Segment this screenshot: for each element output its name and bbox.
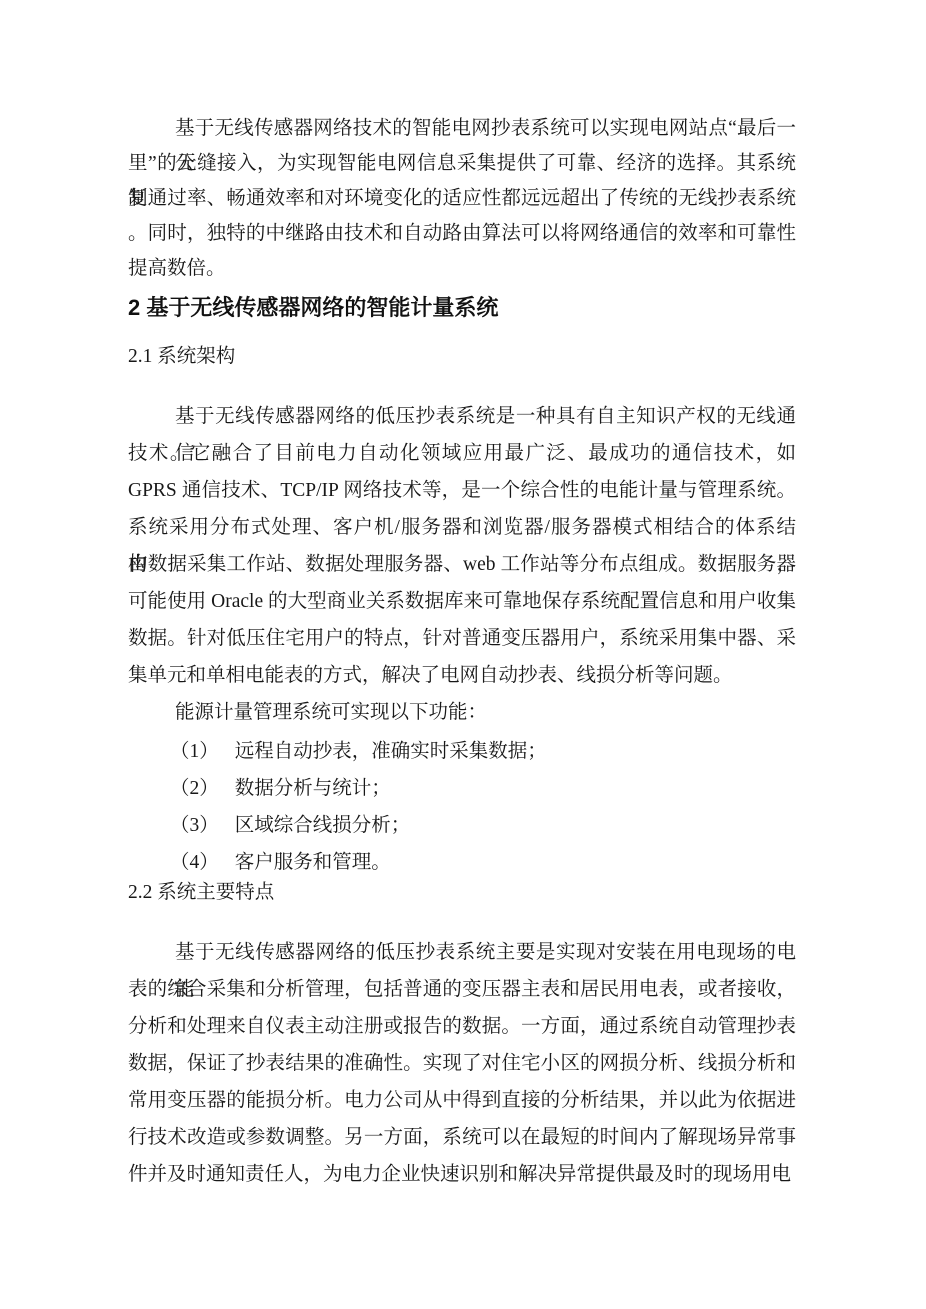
architecture-paragraph: 基于无线传感器网络的低压抄表系统是一种具有自主知识产权的无线通信技术。它融合了目… (128, 398, 796, 694)
text-line: 基于无线传感器网络的低压抄表系统主要是实现对安装在用电现场的电能 (128, 934, 796, 971)
list-marker: （1） (170, 741, 219, 762)
text-line: 。同时，独特的中继路由技术和自动路由算法可以将网络通信的效率和可靠性 (128, 216, 796, 251)
text-line: 基于无线传感器网络的低压抄表系统是一种具有自主知识产权的无线通信 (128, 398, 796, 435)
text-line: GPRS 通信技术、TCP/IP 网络技术等，是一个综合性的电能计量与管理系统。 (128, 472, 796, 509)
list-marker: （2） (170, 778, 219, 799)
text-line: 能源计量管理系统可实现以下功能： (128, 694, 796, 731)
list-item-text: 数据分析与统计； (235, 778, 391, 799)
list-item: （1）远程自动抄表，准确实时采集数据； (128, 733, 796, 770)
list-item-text: 远程自动抄表，准确实时采集数据； (235, 741, 547, 762)
heading-text: 2.1 系统架构 (128, 338, 796, 375)
text-line: 集单元和单相电能表的方式，解决了电网自动抄表、线损分析等问题。 (128, 657, 796, 694)
list-item: （2）数据分析与统计； (128, 770, 796, 807)
list-item: （3）区域综合线损分析； (128, 807, 796, 844)
text-line: 技术。它融合了目前电力自动化领域应用最广泛、最成功的通信技术，如 (128, 435, 796, 472)
text-line: 件并及时通知责任人，为电力企业快速识别和解决异常提供最及时的现场用电 (128, 1156, 796, 1193)
features-paragraph: 基于无线传感器网络的低压抄表系统主要是实现对安装在用电现场的电能表的综合采集和分… (128, 934, 796, 1193)
heading-text: 2.2 系统主要特点 (128, 874, 796, 911)
text-line: 基于无线传感器网络技术的智能电网抄表系统可以实现电网站点“最后一公 (128, 111, 796, 146)
text-line: 数据。针对低压住宅用户的特点，针对普通变压器用户，系统采用集中器、采 (128, 620, 796, 657)
text-line: 可能使用 Oracle 的大型商业关系数据库来可靠地保存系统配置信息和用户收集 (128, 583, 796, 620)
section-heading: 2 基于无线传感器网络的智能计量系统 (128, 289, 796, 326)
text-line: 里”的无缝接入，为实现智能电网信息采集提供了可靠、经济的选择。其系统复 (128, 146, 796, 181)
document-content: 基于无线传感器网络技术的智能电网抄表系统可以实现电网站点“最后一公里”的无缝接入… (128, 0, 796, 1193)
document-page: 基于无线传感器网络技术的智能电网抄表系统可以实现电网站点“最后一公里”的无缝接入… (0, 0, 926, 1309)
functions-list: （1）远程自动抄表，准确实时采集数据；（2）数据分析与统计；（3）区域综合线损分… (128, 733, 796, 881)
functions-intro: 能源计量管理系统可实现以下功能： (128, 694, 796, 731)
text-line: 常用变压器的能损分析。电力公司从中得到直接的分析结果，并以此为依据进 (128, 1082, 796, 1119)
text-line: 数据，保证了抄表结果的准确性。实现了对住宅小区的网损分析、线损分析和 (128, 1045, 796, 1082)
heading-text: 2 基于无线传感器网络的智能计量系统 (128, 289, 796, 326)
text-line: 行技术改造或参数调整。另一方面，系统可以在最短的时间内了解现场异常事 (128, 1119, 796, 1156)
text-line: 由数据采集工作站、数据处理服务器、web 工作站等分布点组成。数据服务器 (128, 546, 796, 583)
text-line: 分析和处理来自仪表主动注册或报告的数据。一方面，通过系统自动管理抄表 (128, 1008, 796, 1045)
text-line: 系统采用分布式处理、客户机/服务器和浏览器/服务器模式相结合的体系结构， (128, 509, 796, 546)
subsection-heading-features: 2.2 系统主要特点 (128, 874, 796, 911)
list-item-text: 客户服务和管理。 (235, 852, 391, 873)
list-marker: （4） (170, 852, 219, 873)
list-item-text: 区域综合线损分析； (235, 815, 411, 836)
subsection-heading-architecture: 2.1 系统架构 (128, 338, 796, 375)
text-line: 表的综合采集和分析管理，包括普通的变压器主表和居民用电表，或者接收， (128, 971, 796, 1008)
text-line: 制通过率、畅通效率和对环境变化的适应性都远远超出了传统的无线抄表系统 (128, 181, 796, 216)
intro-paragraph: 基于无线传感器网络技术的智能电网抄表系统可以实现电网站点“最后一公里”的无缝接入… (128, 111, 796, 286)
text-line: 提高数倍。 (128, 251, 796, 286)
list-marker: （3） (170, 815, 219, 836)
